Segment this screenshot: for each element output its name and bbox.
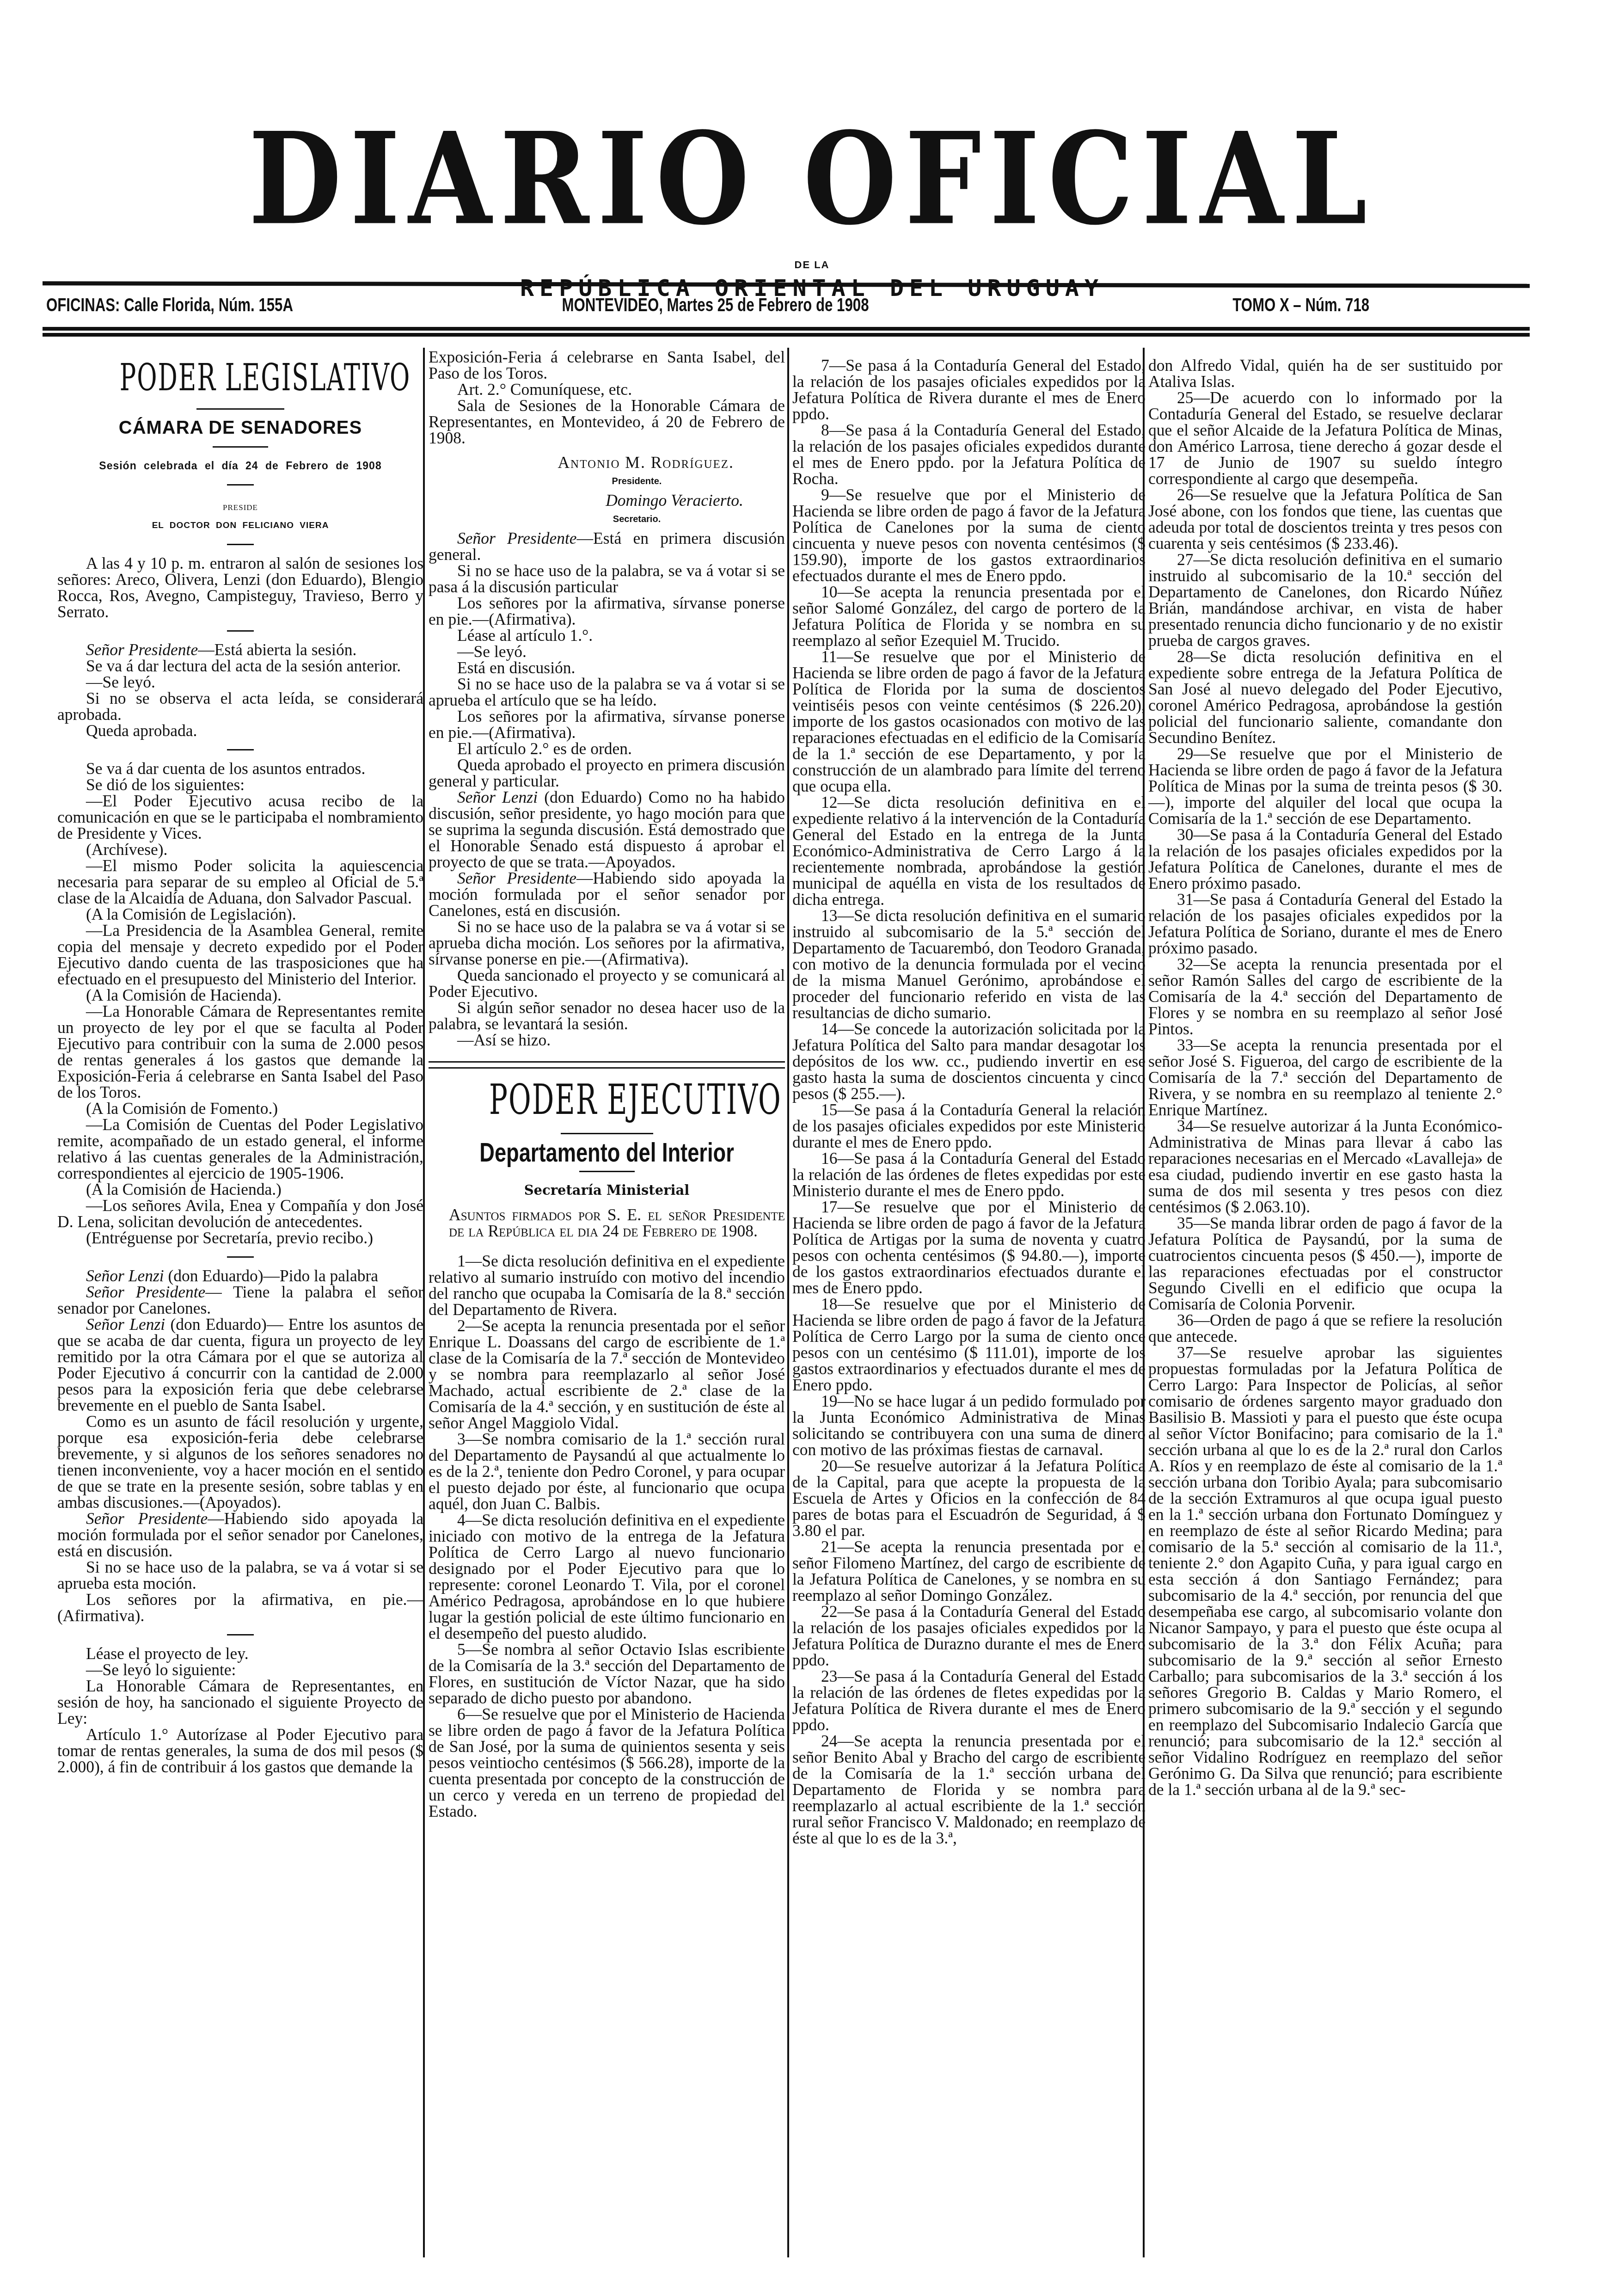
divider [227,484,254,486]
minutes-paragraph: Está en discusión. [429,660,785,676]
newspaper-title: DIARIO OFICIAL [0,116,1624,242]
asuntos-intro: Asuntos firmados por S. E. el señor Pres… [429,1207,785,1239]
minutes-paragraph: Queda sancionado el proyecto y se comuni… [429,967,785,1000]
divider [227,749,254,750]
bill-paragraph: Exposición-Feria á celebrarse en Santa I… [429,349,785,381]
minutes-paragraph: Queda aprobada. [57,723,423,739]
resolution-item: 20—Se resuelve autorizar á la Jefatura P… [792,1458,1146,1539]
minutes-paragraph: Si algún señor senador no desea hacer us… [429,1000,785,1032]
bill-text: Exposición-Feria á celebrarse en Santa I… [429,349,785,446]
minutes-paragraph: Si no se observa el acta leída, se consi… [57,690,423,723]
minutes-paragraph: —Se leyó. [429,644,785,660]
minutes-paragraph: Señor Presidente—Está en primera discusi… [429,530,785,563]
minutes-paragraph: —Así se hizo. [429,1032,785,1048]
resolution-item: don Alfredo Vidal, quién ha de ser susti… [1148,357,1502,390]
minutes-paragraph: —Se leyó lo siguiente: [57,1662,423,1678]
minutes-paragraph: (A la Comisión de Hacienda.) [57,1181,423,1198]
divider [579,1171,635,1172]
presider-name: EL DOCTOR DON FELICIANO VIERA [57,517,423,534]
resolution-item: 6—Se resuelve que por el Ministerio de H… [429,1706,785,1820]
minutes-paragraph: Señor Lenzi (don Eduardo)—Pido la palabr… [57,1268,423,1284]
minutes-paragraph: Los señores por la afirmativa, en pie.—(… [57,1592,423,1624]
resolution-item: 17—Se resuelve que por el Ministerio de … [792,1199,1146,1296]
resolution-item: 14—Se concede la autorización solicitada… [792,1021,1146,1102]
resolution-item: 3—Se nombra comisario de la 1.ª sección … [429,1431,785,1512]
signature-president-name: Antonio M. Rodríguez. [429,455,785,471]
dateline: MONTEVIDEO, Martes 25 de Febrero de 1908 [562,295,869,316]
minutes-paragraph: —Los señores Avila, Enea y Compañía y do… [57,1198,423,1230]
resolution-item: 16—Se pasa á la Contaduría General del E… [792,1150,1146,1199]
divider [227,630,254,632]
minutes-paragraph: Si no se hace uso de la palabra, se va á… [429,563,785,595]
office-heading: Secretaría Ministerial [429,1182,785,1199]
minutes-paragraph: Los señores por la afirmativa, sírvanse … [429,595,785,627]
masthead: DIARIO OFICIAL DE LA REPÚBLICA ORIENTAL … [0,116,1624,301]
speaker-name: Señor Presidente [86,1509,208,1528]
signature-president-role: Presidente. [429,473,785,490]
signature-secretary-name: Domingo Veracierto. [429,492,785,509]
resolution-item: 10—Se acepta la renuncia presentada por … [792,584,1146,649]
resolution-item: 21—Se acepta la renuncia presentada por … [792,1539,1146,1604]
divider [196,408,284,410]
minutes-paragraph: —La Presidencia de la Asamblea General, … [57,922,423,987]
resolution-item: 5—Se nombra al señor Octavio Islas escri… [429,1641,785,1706]
department-heading: Departamento del Interior [468,1144,746,1161]
resolution-item: 29—Se resuelve que por el Ministerio de … [1148,746,1502,827]
resolution-item: 28—Se dicta resolución definitiva en el … [1148,649,1502,746]
resolution-item: 34—Se resuelve autorizar á la Junta Econ… [1148,1118,1502,1215]
minutes-paragraph: A las 4 y 10 p. m. entraron al salón de … [57,555,423,620]
resolution-item: 37—Se resuelve aprobar las siguientes pr… [1148,1345,1502,1798]
resolution-item: 7—Se pasa á la Contaduría General del Es… [792,357,1146,422]
minutes-paragraph: Léase al artículo 1.°. [429,627,785,644]
minutes-paragraph: Se dió de los siguientes: [57,777,423,793]
resolution-item: 2—Se acepta la renuncia presentada por e… [429,1318,785,1431]
resolutions-list: 7—Se pasa á la Contaduría General del Es… [792,357,1146,1846]
minutes-paragraph: (Archívese). [57,842,423,858]
signature-secretary-role: Secretario. [429,511,785,528]
minutes-paragraph: Señor Lenzi (don Eduardo)— Entre los asu… [57,1316,423,1414]
resolution-item: 25—De acuerdo con lo informado por la Co… [1148,390,1502,487]
speaker-name: Señor Presidente [457,869,576,887]
header-rule-lower [43,333,1530,337]
resolution-item: 35—Se manda librar orden de pago á favor… [1148,1215,1502,1312]
issue-number: TOMO X – Núm. 718 [1232,295,1369,316]
column-2: Exposición-Feria á celebrarse en Santa I… [429,349,785,1820]
minutes-text-continued: Señor Presidente—Está en primera discusi… [429,530,785,1048]
section-title-legislativo: PODER LEGISLATIVO [120,357,362,398]
minutes-paragraph: (A la Comisión de Fomento.) [57,1100,423,1117]
minutes-paragraph: Señor Presidente—Habiendo sido apoyada l… [429,870,785,919]
minutes-paragraph: Señor Presidente—Está abierta la sesión. [57,642,423,658]
speaker-name: Señor Presidente [457,529,577,547]
minutes-paragraph: —El Poder Ejecutivo acusa recibo de la c… [57,793,423,842]
minutes-paragraph: (A la Comisión de Hacienda). [57,987,423,1003]
minutes-paragraph: La Honorable Cámara de Representantes, e… [57,1678,423,1727]
bill-paragraph: Sala de Sesiones de la Honorable Cámara … [429,398,785,446]
resolution-item: 9—Se resuelve que por el Ministerio de H… [792,487,1146,584]
divider [227,1634,254,1635]
minutes-paragraph: Si no se hace uso de la palabra se va á … [429,919,785,967]
speaker-name: Señor Presidente [86,640,198,659]
minutes-paragraph: (Entréguense por Secretaría, previo reci… [57,1230,423,1246]
minutes-paragraph: Se va á dar cuenta de los asuntos entrad… [57,761,423,777]
column-3: 7—Se pasa á la Contaduría General del Es… [792,349,1146,1846]
resolution-item: 8—Se pasa á la Contaduría General del Es… [792,422,1146,487]
speaker-name: Señor Lenzi [86,1266,164,1285]
resolution-item: 33—Se acepta la renuncia presentada por … [1148,1037,1502,1118]
section-divider [429,1067,785,1069]
minutes-paragraph: —La Honorable Cámara de Representantes r… [57,1003,423,1100]
column-4: don Alfredo Vidal, quién ha de ser susti… [1148,349,1502,1798]
resolution-item: 24—Se acepta la renuncia presentada por … [792,1733,1146,1846]
minutes-paragraph: (A la Comisión de Legislación). [57,906,423,922]
minutes-paragraph: Si no se hace uso de la palabra se va á … [429,676,785,708]
resolution-item: 12—Se dicta resolución definitiva en el … [792,794,1146,908]
preside-label: PRESIDE [57,499,423,516]
resolution-item: 31—Se pasa á Contaduría General del Esta… [1148,891,1502,956]
info-line: OFICINAS: Calle Florida, Núm. 155A MONTE… [46,291,1204,319]
speaker-name: Señor Lenzi [457,788,538,806]
offices-address: OFICINAS: Calle Florida, Núm. 155A [46,295,293,316]
section-divider [429,1061,785,1063]
minutes-paragraph: El artículo 2.° es de orden. [429,741,785,757]
resolution-item: 30—Se pasa á la Contaduría General del E… [1148,827,1502,891]
resolution-item: 15—Se pasa á la Contaduría General la re… [792,1102,1146,1150]
speaker-name: Señor Presidente [86,1283,205,1301]
bill-paragraph: Art. 2.° Comuníquese, etc. [429,381,785,398]
masthead-de-la: DE LA [0,259,1624,271]
divider [227,544,254,545]
minutes-paragraph: Señor Presidente—Habiendo sido apoyada l… [57,1511,423,1559]
resolution-item: 11—Se resuelve que por el Ministerio de … [792,649,1146,794]
divider [213,446,268,448]
minutes-paragraph: Si no se hace uso de la palabra, se va á… [57,1559,423,1592]
resolution-item: 18—Se resuelve que por el Ministerio de … [792,1296,1146,1393]
minutes-paragraph: —Se leyó. [57,674,423,690]
minutes-text: A las 4 y 10 p. m. entraron al salón de … [57,555,423,1775]
resolution-item: 4—Se dicta resolución definitiva en el e… [429,1512,785,1641]
resolution-item: 22—Se pasa á la Contaduría General del E… [792,1604,1146,1668]
minutes-paragraph: Señor Lenzi (don Eduardo) Como no ha hab… [429,789,785,870]
resolution-item: 27—Se dicta resolución definitiva en el … [1148,552,1502,649]
minutes-paragraph: Se va á dar lectura del acta de la sesió… [57,658,423,674]
resolution-item: 26—Se resuelve que la Jefatura Política … [1148,487,1502,552]
minutes-paragraph: Léase el proyecto de ley. [57,1646,423,1662]
section-title-ejecutivo: PODER EJECUTIVO [489,1077,724,1123]
minutes-paragraph: Queda aprobado el proyecto en primera di… [429,757,785,789]
resolutions-list: 1—Se dicta resolución definitiva en el e… [429,1253,785,1820]
resolution-item: 32—Se acepta la renuncia presentada por … [1148,956,1502,1037]
resolutions-list: don Alfredo Vidal, quién ha de ser susti… [1148,357,1502,1798]
column-divider [787,348,789,2257]
minutes-paragraph: Artículo 1.° Autorízase al Poder Ejecuti… [57,1727,423,1775]
session-date: Sesión celebrada el día 24 de Febrero de… [57,458,423,474]
divider [561,1133,653,1134]
minutes-paragraph: Los señores por la afirmativa, sírvanse … [429,708,785,741]
resolution-item: 13—Se dicta resolución definitiva en el … [792,908,1146,1021]
minutes-paragraph: Como es un asunto de fácil resolución y … [57,1414,423,1511]
minutes-paragraph: —El mismo Poder solicita la aquiescencia… [57,858,423,906]
resolution-item: 36—Orden de pago á que se refiere la res… [1148,1312,1502,1345]
minutes-paragraph: Señor Presidente— Tiene la palabra el se… [57,1284,423,1316]
column-1: PODER LEGISLATIVO CÁMARA DE SENADORES Se… [57,349,423,1775]
minutes-paragraph: —La Comisión de Cuentas del Poder Legisl… [57,1117,423,1181]
resolution-item: 1—Se dicta resolución definitiva en el e… [429,1253,785,1318]
resolution-item: 23—Se pasa á la Contaduría General del E… [792,1668,1146,1733]
chamber-heading: CÁMARA DE SENADORES [57,420,423,436]
speaker-name: Señor Lenzi [86,1315,165,1334]
resolution-item: 19—No se hace lugar á un pedido formulad… [792,1393,1146,1458]
divider [227,1256,254,1258]
header-rule-upper [43,327,1530,331]
